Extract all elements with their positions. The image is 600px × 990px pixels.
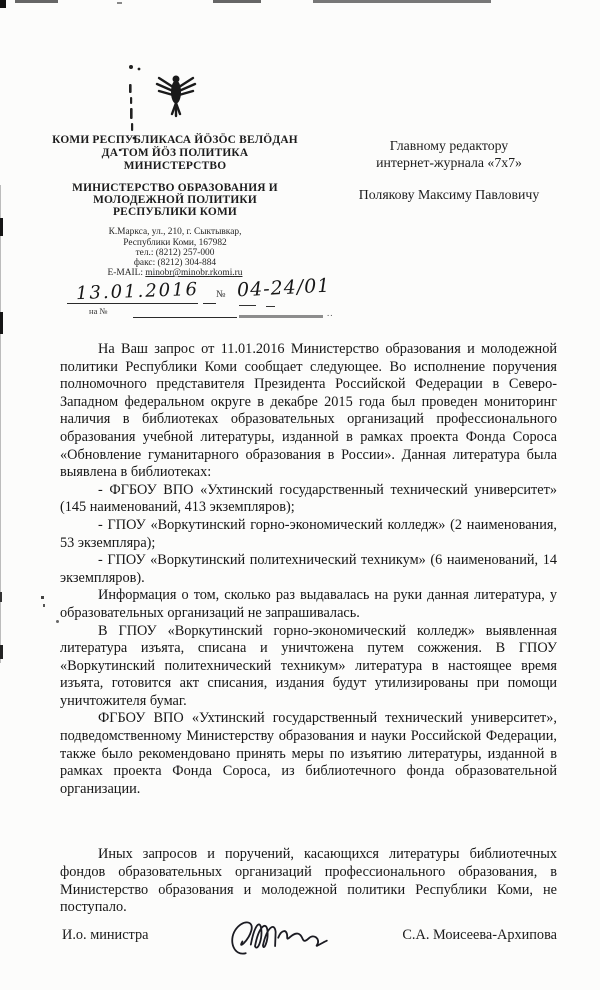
number-underline xyxy=(239,305,256,306)
org-name-ru-line: РЕСПУБЛИКИ КОМИ xyxy=(52,207,298,219)
signature-block: И.о. министра С.А. Моисеева-Архипова xyxy=(60,905,557,965)
letterhead: КОМИ РЕСПУБЛИКАСА ЙӦЗӦС ВЕЛӦДАН ДА ТОМ Й… xyxy=(52,134,298,278)
org-email-value: minobr@minobr.rkomi.ru xyxy=(145,268,242,278)
date-underline xyxy=(203,303,216,304)
letter-number-handwritten: 04-24/01 xyxy=(236,275,330,302)
scan-artifact xyxy=(117,2,122,4)
scan-artifact xyxy=(313,0,491,3)
komi-coat-of-arms-icon xyxy=(154,74,198,124)
scan-artifact xyxy=(15,0,58,3)
org-name-ru-line: МОЛОДЕЖНОЙ ПОЛИТИКИ xyxy=(52,195,298,207)
signature-icon xyxy=(222,907,348,963)
addressee-block: Главному редактору интернет-журнала «7х7… xyxy=(308,137,590,203)
signer-name: С.А. Моисеева-Архипова xyxy=(402,927,557,944)
paragraph: На Ваш запрос от 11.01.2016 Министерство… xyxy=(60,341,557,482)
list-item: - ГПОУ «Воркутинский политехнический тех… xyxy=(60,552,557,587)
org-phone: тел.: (8212) 257-000 xyxy=(52,248,298,258)
scan-artifact xyxy=(0,218,3,236)
paragraph: Информация о том, сколько раз выдавалась… xyxy=(60,587,557,622)
reply-dots: .. xyxy=(327,308,334,318)
list-item: - ФГБОУ ВПО «Ухтинский государственный т… xyxy=(60,482,557,517)
scan-artifact xyxy=(0,592,2,602)
addressee-journal: интернет-журнала «7х7» xyxy=(308,154,590,171)
reply-underline xyxy=(133,317,237,318)
letter-body: На Ваш запрос от 11.01.2016 Министерство… xyxy=(60,341,557,917)
scan-artifact xyxy=(0,645,3,659)
reply-underline-gray xyxy=(239,315,323,318)
reply-to-label: на № xyxy=(89,306,108,316)
date-underline xyxy=(67,303,198,304)
org-fax: факс: (8212) 304-884 xyxy=(52,258,298,268)
org-name-komi-line: КОМИ РЕСПУБЛИКАСА ЙӦЗӦС ВЕЛӦДАН xyxy=(52,134,298,147)
scan-artifact xyxy=(43,604,45,607)
org-email-label: E-MAIL: xyxy=(108,268,143,278)
org-address-line: Республики Коми, 167982 xyxy=(52,238,298,248)
scan-artifact xyxy=(0,185,1,663)
addressee-title: Главному редактору xyxy=(308,137,590,154)
scan-artifact xyxy=(0,312,3,334)
scan-artifact xyxy=(0,0,6,8)
addressee-name: Полякову Максиму Павловичу xyxy=(308,186,590,203)
paragraph: ФГБОУ ВПО «Ухтинский государственный тех… xyxy=(60,710,557,798)
org-address-line: К.Маркса, ул., 210, г. Сыктывкар, xyxy=(52,227,298,237)
scan-artifact xyxy=(56,620,59,623)
paragraph: В ГПОУ «Воркутинский горно-экономический… xyxy=(60,623,557,711)
signer-position: И.о. министра xyxy=(62,927,148,944)
scan-artifact xyxy=(213,0,261,3)
list-item: - ГПОУ «Воркутинский горно-экономический… xyxy=(60,517,557,552)
scan-artifact xyxy=(41,596,44,599)
scanned-letter-page: КОМИ РЕСПУБЛИКАСА ЙӦЗӦС ВЕЛӦДАН ДА ТОМ Й… xyxy=(0,0,600,990)
org-email: E-MAIL: minobr@minobr.rkomi.ru xyxy=(52,268,298,278)
letter-date-handwritten: 13.01.2016 xyxy=(76,279,200,304)
number-sign: № xyxy=(216,289,226,300)
number-underline xyxy=(266,306,275,307)
org-name-komi-line: ДА ТОМ ЙӦЗ ПОЛИТИКА МИНИСТЕРСТВО xyxy=(52,147,298,173)
